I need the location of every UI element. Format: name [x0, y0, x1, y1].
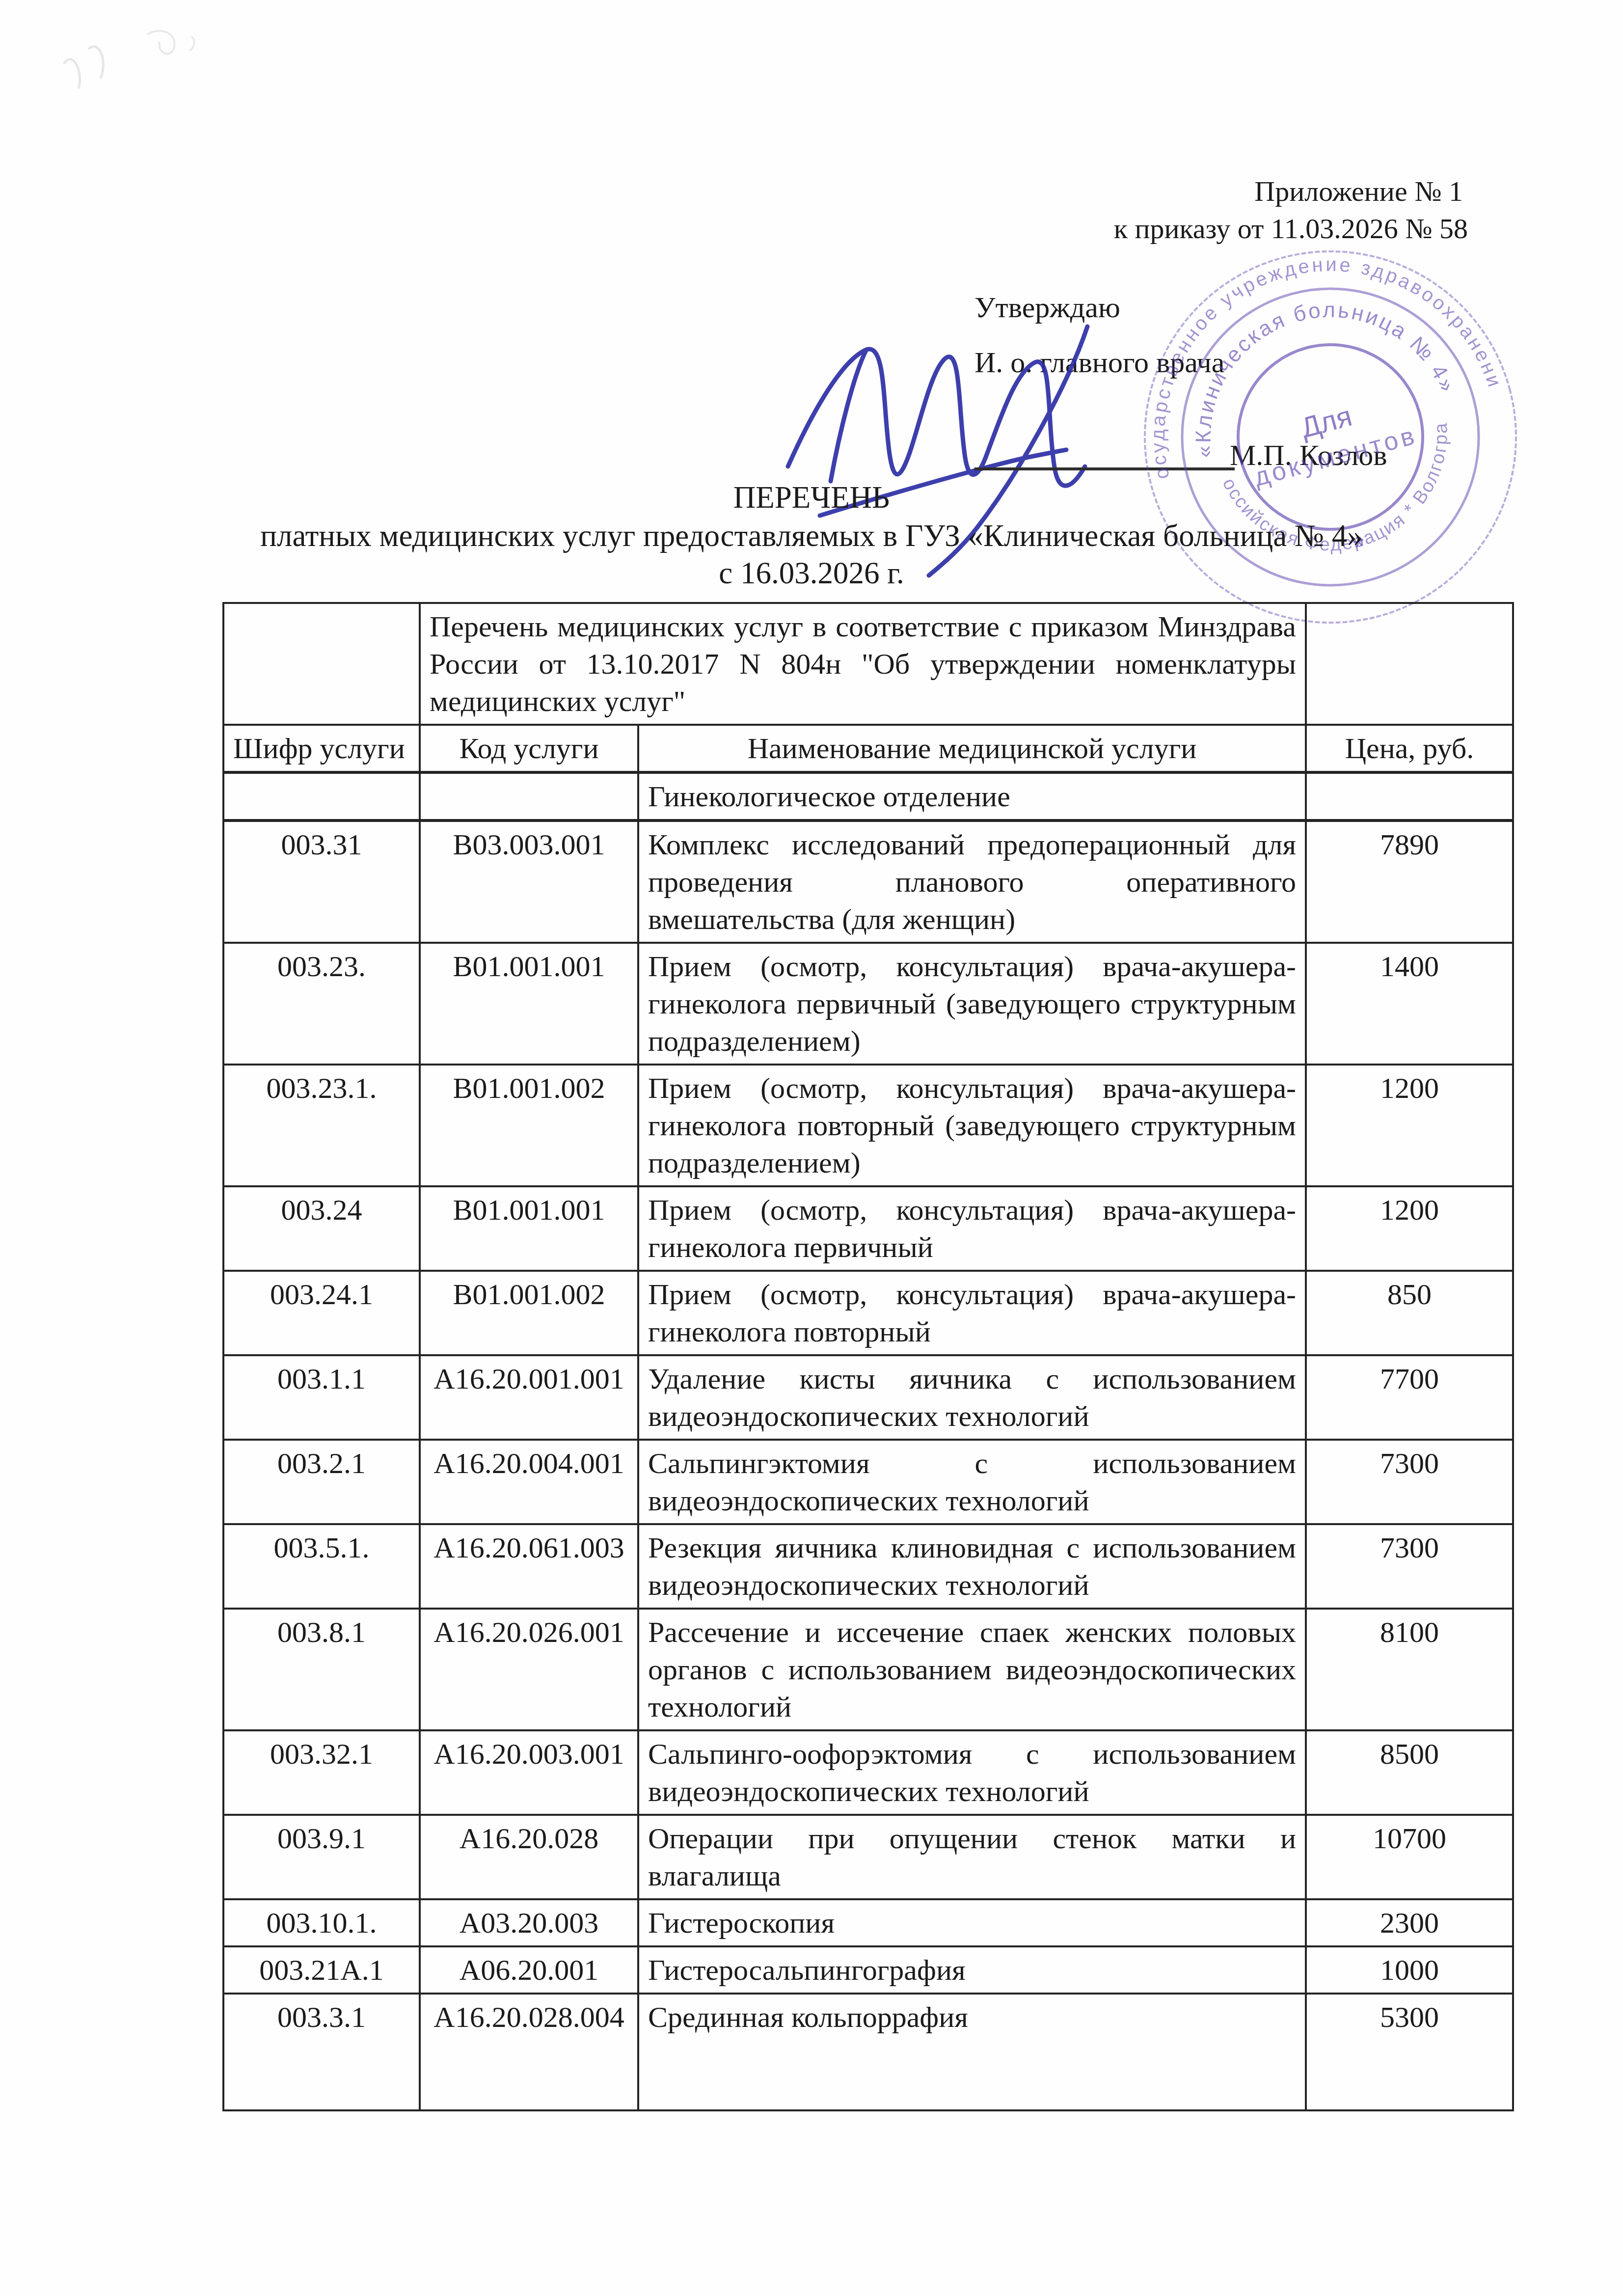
service-code: А16.20.001.001: [420, 1355, 638, 1440]
empty-cell: [1306, 603, 1513, 725]
service-row: 003.5.1. А16.20.061.003 Резекция яичника…: [223, 1524, 1513, 1609]
service-price: 8100: [1306, 1609, 1513, 1730]
empty-cell: [1306, 772, 1513, 820]
service-price: 850: [1306, 1271, 1513, 1355]
service-name: Комплекс исследований предоперационный д…: [638, 820, 1306, 943]
service-code: В01.001.002: [420, 1271, 638, 1355]
service-row: 003.31 В03.003.001 Комплекс исследований…: [223, 820, 1513, 943]
service-name: Операции при опущении стенок матки и вла…: [638, 1815, 1306, 1899]
section-row: Гинекологическое отделение: [223, 772, 1513, 820]
service-row: 003.23. В01.001.001 Прием (осмотр, консу…: [223, 943, 1513, 1065]
service-row: 003.3.1 А16.20.028.004 Срединная кольпор…: [223, 1994, 1513, 2110]
service-name: Прием (осмотр, консультация) врача-акуше…: [638, 1271, 1306, 1355]
title-line1: ПЕРЕЧЕНЬ: [0, 479, 1623, 516]
service-price: 1200: [1306, 1186, 1513, 1271]
service-code: А06.20.001: [420, 1946, 638, 1994]
service-name: Гистеросальпингография: [638, 1946, 1306, 1994]
order-note-row: Перечень медицинских услуг в соответстви…: [223, 603, 1513, 725]
header-name: Наименование медицинской услуги: [638, 725, 1306, 772]
service-row: 003.21А.1 А06.20.001 Гистеросальпингогра…: [223, 1946, 1513, 1994]
service-shifr: 003.5.1.: [223, 1524, 420, 1609]
service-name: Прием (осмотр, консультация) врача-акуше…: [638, 1186, 1306, 1271]
service-name: Удаление кисты яичника с использованием …: [638, 1355, 1306, 1440]
service-price: 5300: [1306, 1994, 1513, 2110]
service-row: 003.24.1 В01.001.002 Прием (осмотр, конс…: [223, 1271, 1513, 1355]
order-note: Перечень медицинских услуг в соответстви…: [420, 603, 1306, 725]
service-code: А16.20.028.004: [420, 1994, 638, 2110]
service-code: А16.20.003.001: [420, 1730, 638, 1815]
service-code: А16.20.004.001: [420, 1440, 638, 1524]
service-row: 003.23.1. В01.001.002 Прием (осмотр, кон…: [223, 1065, 1513, 1186]
empty-cell: [223, 772, 420, 820]
service-name: Резекция яичника клиновидная с использов…: [638, 1524, 1306, 1609]
service-shifr: 003.24.1: [223, 1271, 420, 1355]
service-shifr: 003.21А.1: [223, 1946, 420, 1994]
document-page: Приложение № 1 к приказу от 11.03.2026 №…: [0, 0, 1623, 2296]
service-price: 1200: [1306, 1065, 1513, 1186]
service-row: 003.10.1. А03.20.003 Гистероскопия 2300: [223, 1899, 1513, 1946]
section-title: Гинекологическое отделение: [638, 772, 1306, 820]
title-line2: платных медицинских услуг предоставляемы…: [0, 517, 1623, 554]
title-line3: с 16.03.2026 г.: [0, 554, 1623, 592]
service-shifr: 003.3.1: [223, 1994, 420, 2110]
service-price: 7890: [1306, 820, 1513, 943]
service-code: А03.20.003: [420, 1899, 638, 1946]
service-shifr: 003.1.1: [223, 1355, 420, 1440]
service-price: 1000: [1306, 1946, 1513, 1994]
header-price: Цена, руб.: [1306, 725, 1513, 772]
service-name: Прием (осмотр, консультация) врача-акуше…: [638, 1065, 1306, 1186]
service-shifr: 003.24: [223, 1186, 420, 1271]
service-price: 2300: [1306, 1899, 1513, 1946]
service-shifr: 003.9.1: [223, 1815, 420, 1899]
services-table: Перечень медицинских услуг в соответстви…: [222, 602, 1514, 2111]
service-price: 7700: [1306, 1355, 1513, 1440]
service-price: 10700: [1306, 1815, 1513, 1899]
service-name: Рассечение и иссечение спаек женских пол…: [638, 1609, 1306, 1730]
service-shifr: 003.31: [223, 820, 420, 943]
service-shifr: 003.23.1.: [223, 1065, 420, 1186]
service-code: В01.001.002: [420, 1065, 638, 1186]
service-price: 7300: [1306, 1440, 1513, 1524]
appendix-line1: Приложение № 1: [1114, 173, 1468, 210]
empty-cell: [420, 772, 638, 820]
header-code: Код услуги: [420, 725, 638, 772]
service-name: Сальпинго-оофорэктомия с использованием …: [638, 1730, 1306, 1815]
service-row: 003.9.1 А16.20.028 Операции при опущении…: [223, 1815, 1513, 1899]
empty-cell: [223, 603, 420, 725]
service-code: А16.20.026.001: [420, 1609, 638, 1730]
stamp-center-line1: Для: [1298, 400, 1355, 444]
service-name: Сальпингэктомия с использованием видеоэн…: [638, 1440, 1306, 1524]
document-title: ПЕРЕЧЕНЬ платных медицинских услуг предо…: [0, 479, 1623, 592]
services-tbody: Перечень медицинских услуг в соответстви…: [223, 603, 1513, 2110]
service-price: 8500: [1306, 1730, 1513, 1815]
service-shifr: 003.23.: [223, 943, 420, 1065]
service-shifr: 003.2.1: [223, 1440, 420, 1524]
service-row: 003.1.1 А16.20.001.001 Удаление кисты яи…: [223, 1355, 1513, 1440]
table-header-row: Шифр услуги Код услуги Наименование меди…: [223, 725, 1513, 772]
service-code: А16.20.028: [420, 1815, 638, 1899]
service-row: 003.32.1 А16.20.003.001 Сальпинго-оофорэ…: [223, 1730, 1513, 1815]
service-shifr: 003.8.1: [223, 1609, 420, 1730]
service-code: В01.001.001: [420, 943, 638, 1065]
service-code: В01.001.001: [420, 1186, 638, 1271]
service-price: 1400: [1306, 943, 1513, 1065]
service-code: В03.003.001: [420, 820, 638, 943]
service-name: Гистероскопия: [638, 1899, 1306, 1946]
service-row: 003.8.1 А16.20.026.001 Рассечение и иссе…: [223, 1609, 1513, 1730]
service-code: А16.20.061.003: [420, 1524, 638, 1609]
service-shifr: 003.32.1: [223, 1730, 420, 1815]
service-shifr: 003.10.1.: [223, 1899, 420, 1946]
header-shifr: Шифр услуги: [223, 725, 420, 772]
service-row: 003.2.1 А16.20.004.001 Сальпингэктомия с…: [223, 1440, 1513, 1524]
service-name: Прием (осмотр, консультация) врача-акуше…: [638, 943, 1306, 1065]
scan-smudge: [54, 20, 231, 118]
service-name: Срединная кольпоррафия: [638, 1994, 1306, 2110]
service-price: 7300: [1306, 1524, 1513, 1609]
service-row: 003.24 В01.001.001 Прием (осмотр, консул…: [223, 1186, 1513, 1271]
